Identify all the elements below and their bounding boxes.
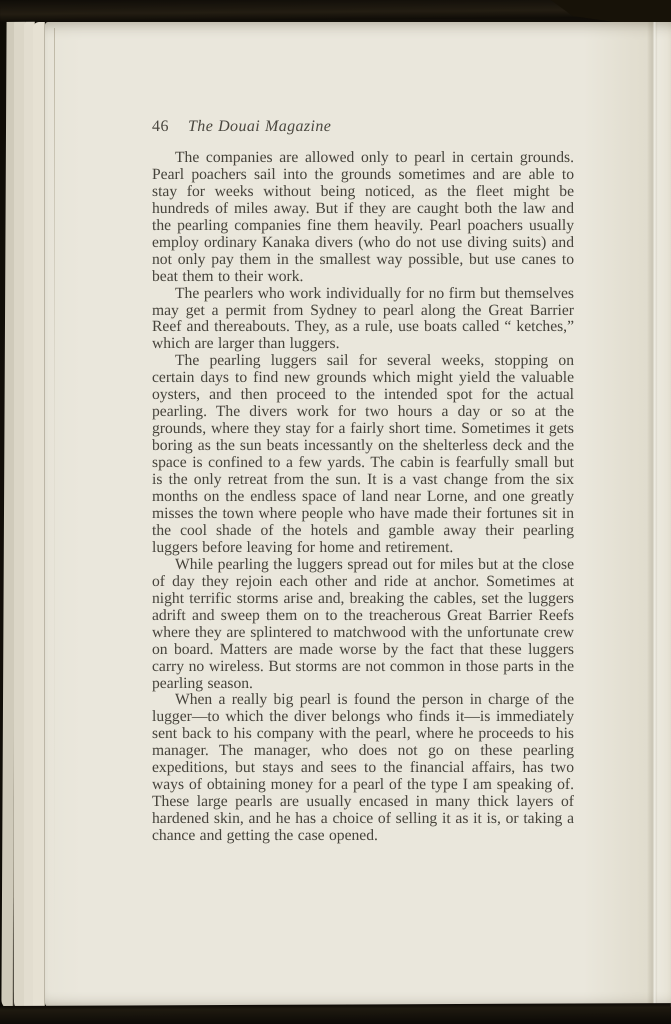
paragraph: The pearlers who work individually for n…: [152, 286, 574, 354]
page-text-block: 46 The Douai Magazine The companies are …: [152, 119, 574, 845]
paragraph: The pearling luggers sail for several we…: [152, 353, 574, 556]
page-number: 46: [152, 119, 169, 136]
page-gutter-crease: [647, 22, 657, 1007]
book-page-edge: [33, 22, 45, 1016]
paragraph: When a really big pearl is found the per…: [152, 692, 574, 845]
running-head: 46 The Douai Magazine: [152, 119, 574, 136]
page-impressed-line: [54, 28, 55, 997]
paragraph: While pearling the luggers spread out fo…: [152, 557, 574, 693]
book-cover-bottom-edge: [0, 1003, 671, 1024]
paragraph: The companies are allowed only to pearl …: [152, 150, 574, 286]
magazine-title: The Douai Magazine: [188, 119, 331, 136]
book-page: 46 The Douai Magazine The companies are …: [45, 22, 671, 1007]
